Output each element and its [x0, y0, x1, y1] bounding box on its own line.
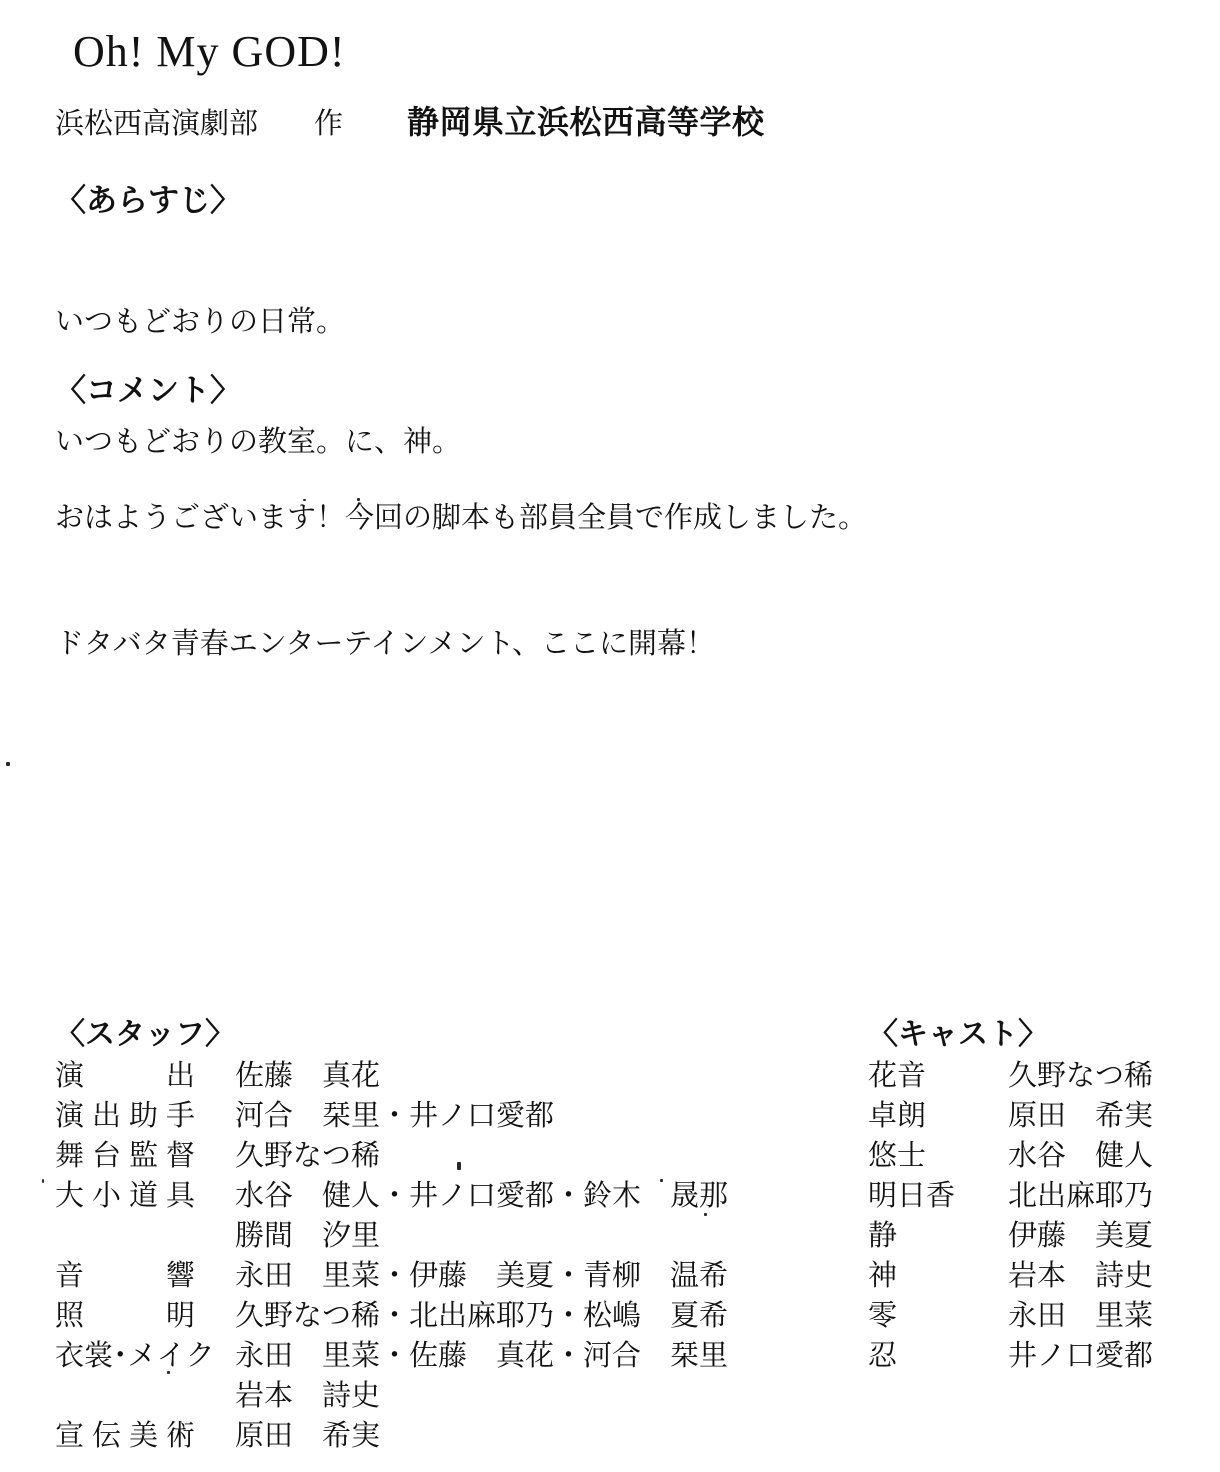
comment-heading: 〈コメント〉 [55, 374, 241, 408]
cast-row: 忍井ノ口愛都 [868, 1336, 1153, 1376]
scan-speck [457, 1162, 461, 1170]
staff-role-label: 衣裳･メイク [55, 1336, 195, 1376]
staff-row: 音響永田 里菜・伊藤 美夏・青柳 温希 [55, 1256, 728, 1296]
author-suffix: 作 [314, 101, 343, 142]
staff-member-names: 河合 栞里・井ノ口愛都 [235, 1096, 554, 1136]
cast-character-label: 悠士 [868, 1136, 1008, 1176]
staff-heading: 〈スタッフ〉 [55, 1018, 235, 1051]
author-group-name: 浜松西高演劇部 [55, 101, 258, 142]
scan-speck [704, 1213, 707, 1216]
staff-row: 宣伝美術原田 希実 [55, 1416, 728, 1456]
scan-speck [167, 1371, 170, 1374]
staff-member-names: 久野なつ稀・北出麻耶乃・松嶋 夏希 [235, 1296, 728, 1336]
cast-character-label: 明日香 [868, 1176, 1008, 1216]
staff-role-label: 演出 [55, 1056, 195, 1096]
staff-row: 衣裳･メイク永田 里菜・佐藤 真花・河合 栞里 [55, 1336, 728, 1376]
staff-row: 勝間 汐里 [55, 1216, 728, 1256]
cast-row: 明日香北出麻耶乃 [868, 1176, 1153, 1216]
cast-actor-name: 水谷 健人 [1008, 1136, 1153, 1176]
cast-actor-name: 原田 希実 [1008, 1096, 1153, 1136]
cast-character-label: 零 [868, 1296, 1008, 1336]
scan-speck [6, 762, 10, 766]
staff-row: 演出助手河合 栞里・井ノ口愛都 [55, 1096, 728, 1136]
cast-actor-name: 井ノ口愛都 [1008, 1336, 1153, 1376]
scan-speck [357, 498, 360, 501]
cast-character-label: 花音 [868, 1056, 1008, 1096]
staff-role-label [55, 1216, 195, 1256]
staff-member-names: 永田 里菜・佐藤 真花・河合 栞里 [235, 1336, 728, 1376]
synopsis-line: いつもどおりの日常。 [55, 302, 461, 342]
play-title: Oh! My GOD! [73, 28, 346, 76]
cast-row: 悠士水谷 健人 [868, 1136, 1153, 1176]
staff-role-label: 照明 [55, 1296, 195, 1336]
cast-actor-name: 永田 里菜 [1008, 1296, 1153, 1336]
cast-character-label: 卓朗 [868, 1096, 1008, 1136]
scan-speck [42, 1179, 44, 1183]
staff-row: 岩本 詩史 [55, 1376, 728, 1416]
cast-heading: 〈キャスト〉 [868, 1018, 1048, 1051]
byline: 浜松西高演劇部 作 静岡県立浜松西高等学校 [55, 97, 765, 143]
staff-member-names: 原田 希実 [235, 1416, 380, 1456]
scan-speck [303, 499, 306, 501]
staff-role-label: 大小道具 [55, 1176, 195, 1216]
cast-actor-name: 久野なつ稀 [1008, 1056, 1153, 1096]
comment-line: おはようございます！今回の脚本も部員全員で作成しました。 [55, 497, 867, 539]
staff-member-names: 佐藤 真花 [235, 1056, 380, 1096]
staff-role-label [55, 1376, 195, 1416]
staff-role-label: 舞台監督 [55, 1136, 195, 1176]
synopsis-heading: 〈あらすじ〉 [55, 184, 241, 218]
cast-rows: 花音久野なつ稀卓朗原田 希実悠士水谷 健人明日香北出麻耶乃静伊藤 美夏神岩本 詩… [868, 1056, 1153, 1376]
cast-character-label: 忍 [868, 1336, 1008, 1376]
scan-speck [660, 1179, 663, 1182]
staff-row: 演出佐藤 真花 [55, 1056, 728, 1096]
staff-row: 照明久野なつ稀・北出麻耶乃・松嶋 夏希 [55, 1296, 728, 1336]
staff-role-label: 宣伝美術 [55, 1416, 195, 1456]
comment-text: おはようございます！今回の脚本も部員全員で作成しました。 ドタバタ青春エンターテ… [55, 413, 867, 749]
staff-member-names: 勝間 汐里 [235, 1216, 380, 1256]
cast-row: 卓朗原田 希実 [868, 1096, 1153, 1136]
cast-actor-name: 伊藤 美夏 [1008, 1216, 1153, 1256]
staff-row: 舞台監督久野なつ稀 [55, 1136, 728, 1176]
staff-member-names: 永田 里菜・伊藤 美夏・青柳 温希 [235, 1256, 728, 1296]
cast-row: 神岩本 詩史 [868, 1256, 1153, 1296]
staff-row: 大小道具水谷 健人・井ノ口愛都・鈴木 晟那 [55, 1176, 728, 1216]
cast-row: 零永田 里菜 [868, 1296, 1153, 1336]
cast-actor-name: 北出麻耶乃 [1008, 1176, 1153, 1216]
staff-member-names: 久野なつ稀 [235, 1136, 380, 1176]
script-cover-page: Oh! My GOD! 浜松西高演劇部 作 静岡県立浜松西高等学校 〈あらすじ〉… [0, 0, 1220, 1472]
staff-role-label: 音響 [55, 1256, 195, 1296]
cast-row: 花音久野なつ稀 [868, 1056, 1153, 1096]
cast-row: 静伊藤 美夏 [868, 1216, 1153, 1256]
cast-actor-name: 岩本 詩史 [1008, 1256, 1153, 1296]
comment-line: ドタバタ青春エンターテインメント、ここに開幕！ [55, 623, 867, 665]
cast-character-label: 静 [868, 1216, 1008, 1256]
staff-member-names: 水谷 健人・井ノ口愛都・鈴木 晟那 [235, 1176, 728, 1216]
staff-member-names: 岩本 詩史 [235, 1376, 380, 1416]
staff-rows: 演出佐藤 真花演出助手河合 栞里・井ノ口愛都舞台監督久野なつ稀大小道具水谷 健人… [55, 1056, 728, 1456]
cast-character-label: 神 [868, 1256, 1008, 1296]
staff-role-label: 演出助手 [55, 1096, 195, 1136]
school-name: 静岡県立浜松西高等学校 [407, 97, 765, 143]
